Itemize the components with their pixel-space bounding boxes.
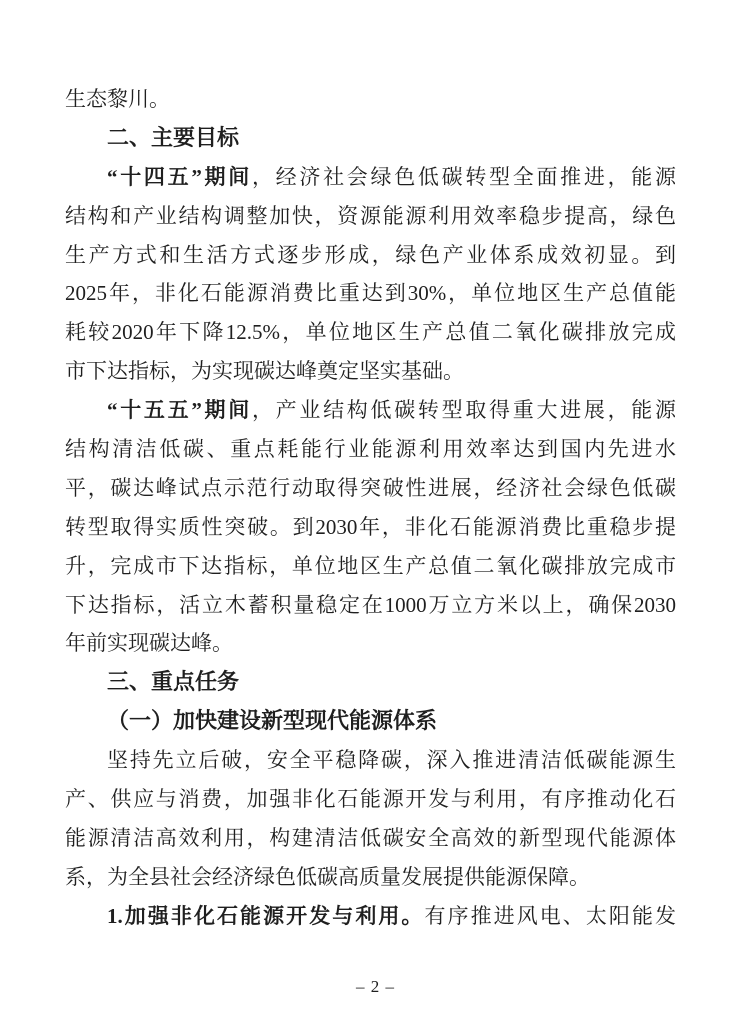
body-text-segment: 产、供应与消费，加强非化石能源开发与利用，有序推动化石 (65, 787, 676, 811)
paragraph-line: 市下达指标，为实现碳达峰奠定坚实基础。 (65, 352, 676, 391)
paragraph-line: 下达指标，活立木蓄积量稳定在1000万立方米以上，确保2030 (65, 586, 676, 625)
paragraph-line: 年前实现碳达峰。 (65, 624, 676, 663)
bold-text-segment: “十四五”期间 (107, 165, 252, 189)
body-text-segment: 转型取得实质性突破。到2030年，非化石能源消费比重稳步提 (65, 515, 676, 539)
body-text-segment: 升，完成市下达指标，单位地区生产总值二氧化碳排放完成市 (65, 554, 676, 578)
page-number: – 2 – (0, 977, 751, 997)
body-text-segment: 结构和产业结构调整加快，资源能源利用效率稳步提高，绿色 (65, 204, 676, 228)
body-text-segment: 有序推进风电、太阳能发 (424, 904, 676, 928)
paragraph-line: “十四五”期间，经济社会绿色低碳转型全面推进，能源 (65, 158, 676, 197)
bold-text-segment: （一）加快建设新型现代能源体系 (107, 708, 437, 733)
body-text-segment: 生态黎川。 (65, 87, 170, 111)
body-text-segment: 下达指标，活立木蓄积量稳定在1000万立方米以上，确保2030 (65, 593, 676, 617)
paragraph-line: 2025年，非化石能源消费比重达到30%，单位地区生产总值能 (65, 274, 676, 313)
body-text-segment: 年前实现碳达峰。 (65, 631, 233, 655)
body-text-segment: ，经济社会绿色低碳转型全面推进，能源 (252, 165, 676, 189)
paragraph-line: 坚持先立后破，安全平稳降碳，深入推进清洁低碳能源生 (65, 741, 676, 780)
body-text-segment: 平，碳达峰试点示范行动取得突破性进展，经济社会绿色低碳 (65, 476, 676, 500)
paragraph-line: 结构清洁低碳、重点耗能行业能源利用效率达到国内先进水 (65, 430, 676, 469)
body-text-segment: 耗较2020年下降12.5%，单位地区生产总值二氧化碳排放完成 (65, 320, 676, 344)
paragraph-line: 升，完成市下达指标，单位地区生产总值二氧化碳排放完成市 (65, 547, 676, 586)
body-text-segment: ，产业结构低碳转型取得重大进展，能源 (252, 398, 676, 422)
section-heading: （一）加快建设新型现代能源体系 (65, 702, 676, 741)
paragraph-line: 系，为全县社会经济绿色低碳高质量发展提供能源保障。 (65, 858, 676, 897)
document-page: 生态黎川。二、主要目标“十四五”期间，经济社会绿色低碳转型全面推进，能源结构和产… (0, 0, 751, 1017)
body-text-segment: 2025年，非化石能源消费比重达到30%，单位地区生产总值能 (65, 281, 676, 305)
paragraph-line: 生产方式和生活方式逐步形成，绿色产业体系成效初显。到 (65, 236, 676, 275)
body-text-segment: 市下达指标，为实现碳达峰奠定坚实基础。 (65, 359, 464, 383)
body-text-segment: 系，为全县社会经济绿色低碳高质量发展提供能源保障。 (65, 865, 590, 889)
document-content: 生态黎川。二、主要目标“十四五”期间，经济社会绿色低碳转型全面推进，能源结构和产… (65, 80, 676, 936)
body-text-segment: 结构清洁低碳、重点耗能行业能源利用效率达到国内先进水 (65, 437, 676, 461)
section-heading: 三、重点任务 (65, 663, 676, 702)
paragraph-line: 生态黎川。 (65, 80, 676, 119)
paragraph-line: 转型取得实质性突破。到2030年，非化石能源消费比重稳步提 (65, 508, 676, 547)
body-text-segment: 坚持先立后破，安全平稳降碳，深入推进清洁低碳能源生 (107, 748, 676, 772)
bold-text-segment: 三、重点任务 (107, 669, 239, 694)
section-heading: 二、主要目标 (65, 119, 676, 158)
bold-text-segment: 二、主要目标 (107, 125, 239, 150)
paragraph-line: 能源清洁高效利用，构建清洁低碳安全高效的新型现代能源体 (65, 819, 676, 858)
paragraph-line: 产、供应与消费，加强非化石能源开发与利用，有序推动化石 (65, 780, 676, 819)
bold-text-segment: “十五五”期间 (107, 398, 252, 422)
body-text-segment: 能源清洁高效利用，构建清洁低碳安全高效的新型现代能源体 (65, 826, 676, 850)
body-text-segment: 生产方式和生活方式逐步形成，绿色产业体系成效初显。到 (65, 243, 676, 267)
paragraph-line: 耗较2020年下降12.5%，单位地区生产总值二氧化碳排放完成 (65, 313, 676, 352)
paragraph-line: 平，碳达峰试点示范行动取得突破性进展，经济社会绿色低碳 (65, 469, 676, 508)
paragraph-line: 1.加强非化石能源开发与利用。有序推进风电、太阳能发 (65, 897, 676, 936)
bold-text-segment: 1.加强非化石能源开发与利用。 (107, 904, 424, 928)
paragraph-line: 结构和产业结构调整加快，资源能源利用效率稳步提高，绿色 (65, 197, 676, 236)
paragraph-line: “十五五”期间，产业结构低碳转型取得重大进展，能源 (65, 391, 676, 430)
